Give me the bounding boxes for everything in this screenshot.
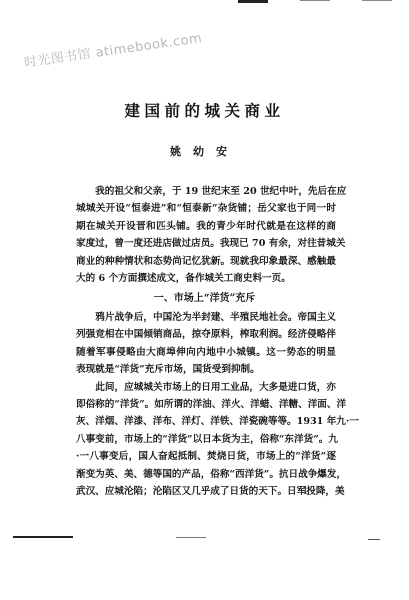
text-line: 商业的种种情状和态势尚记忆犹新。现就我印象最深、感触最 xyxy=(76,253,336,270)
text-line: 随着军事侵略由大商埠伸向内地中小城镇。这一势态的明显 xyxy=(76,344,336,361)
text-line: 列强竞相在中国倾销商品，掠夺原料，榨取利润。经济侵略伴 xyxy=(76,326,336,343)
watermark: 时光图书馆 atimebook.com xyxy=(23,27,203,71)
text-line: 灰、洋烟、洋漆、洋布、洋灯、洋铁、洋瓷碗等等。1931 年九·一 xyxy=(76,413,336,430)
text-line: 此间，应城城关市场上的日用工业品，大多是进口货，亦 xyxy=(76,379,336,396)
author-name: 姚幼安 xyxy=(0,143,409,159)
text-line: 大的 6 个方面撰述成文，备作城关工商史料一页。 xyxy=(76,270,336,287)
text-line: 家度过，曾一度还进店做过店员。我现已 70 有余，对往昔城关 xyxy=(76,235,336,252)
scan-artifact xyxy=(13,536,73,538)
scan-artifact xyxy=(238,0,268,3)
text-line: 渐变为英、美、德等国的产品，俗称“西洋货”。抗日战争爆发， xyxy=(76,466,336,483)
scan-artifact xyxy=(368,539,380,540)
text-line: 表现就是“洋货”充斥市场，国货受到抑制。 xyxy=(76,361,336,378)
text-line: 鸦片战争后，中国沦为半封建、半殖民地社会。帝国主义 xyxy=(76,309,336,326)
page-title: 建国前的城关商业 xyxy=(0,99,409,121)
page-number: ·1· xyxy=(297,486,316,497)
text-line: 八事变前，市场上的“洋货”以日本货为主，俗称“东洋货”。九 xyxy=(76,431,336,448)
scan-artifact xyxy=(362,0,392,1)
section-heading: 一、市场上“洋货”充斥 xyxy=(0,289,409,304)
text-line: 即俗称的“洋货”。如所谓的洋油、洋火、洋蜡、洋糖、洋面、洋 xyxy=(76,396,336,413)
text-line: 我的祖父和父亲，于 19 世纪末至 20 世纪中叶，先后在应 xyxy=(76,183,336,200)
scan-artifact xyxy=(300,0,330,1)
text-line: ·一八事变后，国人奋起抵制、焚烧日货，市场上的“洋货”逐 xyxy=(76,448,336,465)
intro-paragraph: 我的祖父和父亲，于 19 世纪末至 20 世纪中叶，先后在应 城城关开设“恒泰进… xyxy=(76,183,336,287)
section-paragraphs: 鸦片战争后，中国沦为半封建、半殖民地社会。帝国主义 列强竞相在中国倾销商品，掠夺… xyxy=(76,309,336,500)
scan-artifact xyxy=(176,537,206,538)
text-line: 期在城关开设晋和匹头铺。我的青少年时代就是在这样的商 xyxy=(76,218,336,235)
text-line: 城城关开设“恒泰进”和“恒泰新”杂货铺；岳父家也于同一时 xyxy=(76,200,336,217)
